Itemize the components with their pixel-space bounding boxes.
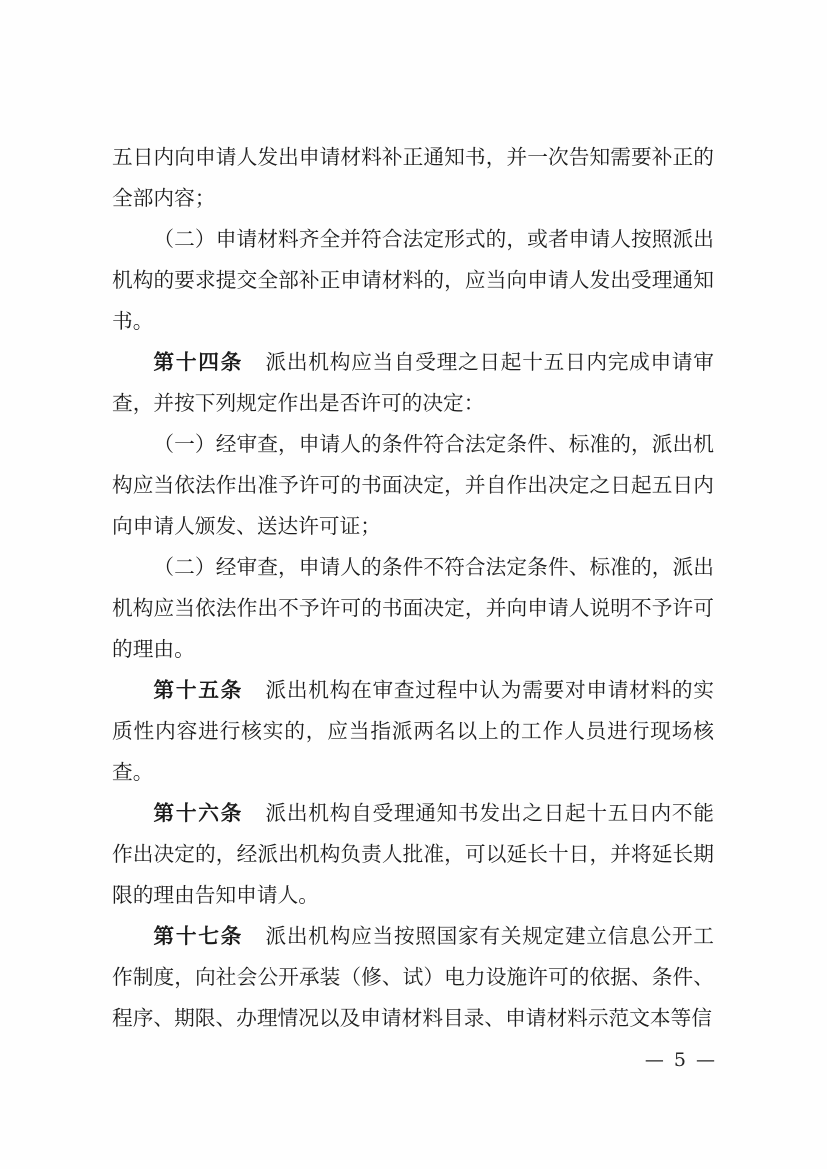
article-17-heading: 第十七条 (153, 924, 265, 948)
paragraph-text: （二）申请材料齐全并符合法定形式的，或者申请人按照派出机构的要求提交全部补正申请… (112, 227, 714, 333)
document-page: 五日内向申请人发出申请材料补正通知书，并一次告知需要补正的全部内容； （二）申请… (0, 0, 827, 1169)
article-15-heading: 第十五条 (153, 678, 265, 702)
paragraph-text: （二）经审查，申请人的条件不符合法定条件、标准的，派出机构应当依法作出不予许可的… (112, 555, 714, 661)
document-body-text: 五日内向申请人发出申请材料补正通知书，并一次告知需要补正的全部内容； （二）申请… (112, 137, 714, 1039)
paragraph-article-14-item-2: （二）经审查，申请人的条件不符合法定条件、标准的，派出机构应当依法作出不予许可的… (112, 547, 714, 670)
paragraph-text: 五日内向申请人发出申请材料补正通知书，并一次告知需要补正的全部内容； (112, 145, 714, 210)
paragraph-text: （一）经审查，申请人的条件符合法定条件、标准的，派出机构应当依法作出准予许可的书… (112, 432, 714, 538)
paragraph-article-14: 第十四条派出机构应当自受理之日起十五日内完成申请审查，并按下列规定作出是否许可的… (112, 342, 714, 424)
paragraph-article-17: 第十七条派出机构应当按照国家有关规定建立信息公开工作制度，向社会公开承装（修、试… (112, 916, 714, 1039)
paragraph-item-2-clause: （二）申请材料齐全并符合法定形式的，或者申请人按照派出机构的要求提交全部补正申请… (112, 219, 714, 342)
page-number: — 5 — (645, 1049, 717, 1071)
article-16-heading: 第十六条 (153, 801, 265, 825)
page-footer: — 5 — (115, 1046, 717, 1074)
article-14-heading: 第十四条 (153, 350, 265, 374)
paragraph-article-14-item-1: （一）经审查，申请人的条件符合法定条件、标准的，派出机构应当依法作出准予许可的书… (112, 424, 714, 547)
paragraph-article-15: 第十五条派出机构在审查过程中认为需要对申请材料的实质性内容进行核实的，应当指派两… (112, 670, 714, 793)
paragraph-continuation: 五日内向申请人发出申请材料补正通知书，并一次告知需要补正的全部内容； (112, 137, 714, 219)
paragraph-article-16: 第十六条派出机构自受理通知书发出之日起十五日内不能作出决定的，经派出机构负责人批… (112, 793, 714, 916)
